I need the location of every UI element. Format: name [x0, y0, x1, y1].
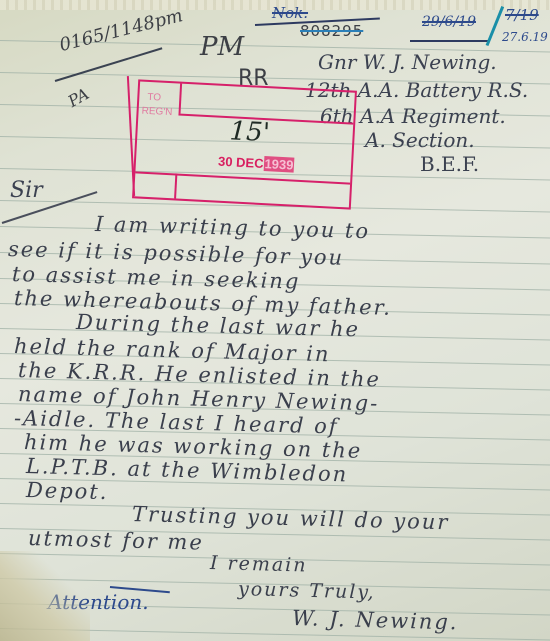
- crossed-note: Nok.: [272, 4, 308, 22]
- sender-force: B.E.F.: [420, 152, 479, 176]
- signature: W. J. Newing.: [292, 606, 459, 634]
- body-line: I am writing to you to: [95, 212, 371, 243]
- stamp-divider: [174, 173, 177, 198]
- corner-date: 27.6.19: [502, 30, 548, 44]
- paper-fold-shadow: [0, 551, 90, 641]
- body-line: Depot.: [26, 478, 109, 504]
- sender-section: A. Section.: [365, 128, 475, 152]
- sender-name: Gnr W. J. Newing.: [318, 50, 497, 74]
- crossed-date-ref: 29/6/19: [422, 14, 476, 30]
- letter-page: 0165/1148pm PA PM RR Nok. 808295 29/6/19…: [0, 0, 550, 641]
- stamp-inner-line: [135, 171, 350, 184]
- crossed-number: 808295: [300, 22, 363, 40]
- stamp-day-month: 30 DEC: [218, 154, 264, 171]
- stamp-handwritten-number: 15': [229, 116, 271, 148]
- stamp-date: 30 DEC1939: [218, 154, 295, 173]
- stamp-label-to: TO: [147, 92, 161, 104]
- closing-line: yours Truly,: [238, 578, 376, 604]
- stamp-year: 1939: [263, 156, 295, 173]
- registry-stamp: TO REG'N 15' 30 DEC1939: [132, 79, 357, 209]
- stamp-divider: [179, 84, 183, 114]
- stamp-label-reg: REG'N: [141, 106, 172, 119]
- initials-pm: PM: [200, 32, 244, 62]
- salutation: Sir: [10, 178, 43, 203]
- initials-annotation: PA: [65, 84, 93, 111]
- reference-number: 0165/1148pm: [57, 5, 185, 56]
- underline-stroke: [410, 40, 490, 42]
- stamp-left-edge: [127, 76, 135, 196]
- closing-line: I remain: [210, 552, 308, 577]
- crossed-corner-ref: 7/19: [505, 6, 539, 24]
